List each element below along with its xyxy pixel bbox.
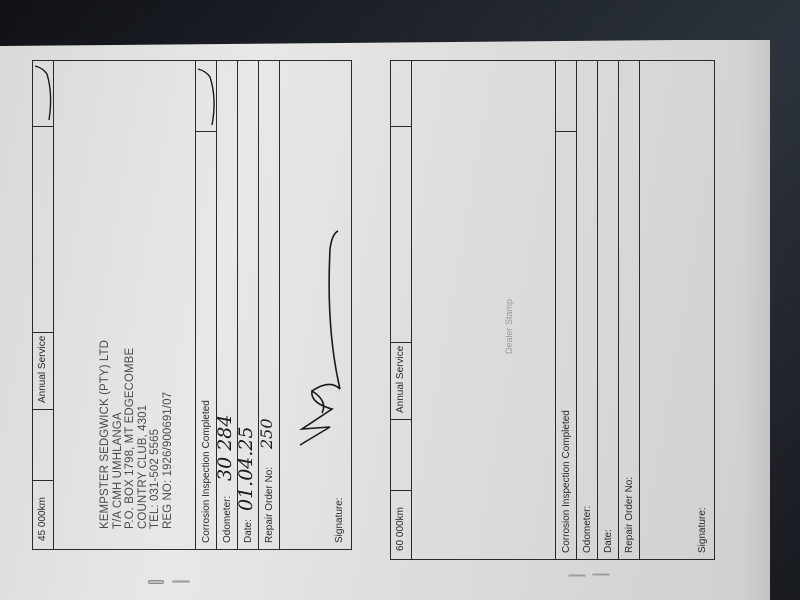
stamp-line: COUNTRY CLUB, 4301 xyxy=(137,340,150,529)
staple xyxy=(592,573,610,576)
repair-order-row[interactable]: Repair Order No: 250 xyxy=(258,61,279,549)
signature-scribble xyxy=(280,229,345,449)
signature-row[interactable]: Signature: xyxy=(279,61,351,549)
corrosion-inspection-row[interactable]: Corrosion Inspection Completed xyxy=(555,61,576,559)
header-blank-cell xyxy=(33,409,53,480)
dealer-stamp-area: Dealer Stamp xyxy=(412,61,555,559)
interval-label: 60 000km xyxy=(391,490,411,559)
stamp-line: TEL: 031-502 5565 xyxy=(149,340,162,529)
date-label: Date: xyxy=(603,529,614,553)
odometer-label: Odometer: xyxy=(222,496,233,543)
odometer-row[interactable]: Odometer: xyxy=(576,61,597,559)
staple-hole xyxy=(148,580,164,584)
signature-label: Signature: xyxy=(334,497,345,543)
signature-label: Signature: xyxy=(697,507,708,553)
corrosion-tick-cell[interactable] xyxy=(196,61,216,132)
service-record-60000km: 60 000km Annual Service Dealer Stamp Cor… xyxy=(390,60,715,560)
header-blank-cell xyxy=(391,419,411,490)
dealer-stamp-placeholder: Dealer Stamp xyxy=(504,299,514,354)
header-fill xyxy=(391,127,411,342)
checkmark-icon xyxy=(33,64,53,124)
interval-label: 45 000km xyxy=(33,480,53,549)
corrosion-inspection-label: Corrosion Inspection Completed xyxy=(561,410,572,553)
service-record-45000km: 45 000km Annual Service KEMPSTER SEDGWIC… xyxy=(32,60,352,550)
header-tick-cell[interactable] xyxy=(391,61,411,127)
dealer-stamp: KEMPSTER SEDGWICK (PTY) LTD T/A CMH UMHL… xyxy=(99,340,174,529)
dealer-stamp-area: KEMPSTER SEDGWICK (PTY) LTD T/A CMH UMHL… xyxy=(54,61,195,549)
staple xyxy=(568,574,586,577)
corrosion-inspection-row[interactable]: Corrosion Inspection Completed xyxy=(195,61,216,549)
stamp-line: P.O. BOX 1798, MT EDGECOMBE xyxy=(124,340,137,529)
stamp-line: REG NO: 1926/900691/07 xyxy=(162,340,175,529)
form-fields: Corrosion Inspection Completed Odometer:… xyxy=(195,61,351,549)
repair-order-row[interactable]: Repair Order No: xyxy=(618,61,639,559)
service-type-label: Annual Service xyxy=(391,342,411,419)
odometer-row[interactable]: Odometer: 30 284 xyxy=(216,61,237,549)
header-tick-cell[interactable] xyxy=(33,61,53,127)
form-fields: Corrosion Inspection Completed Odometer:… xyxy=(555,61,714,559)
checkmark-icon xyxy=(196,64,216,129)
date-value: 01.04.25 xyxy=(235,426,257,511)
service-book-page: 45 000km Annual Service KEMPSTER SEDGWIC… xyxy=(0,40,770,600)
form-header: 60 000km Annual Service xyxy=(391,61,412,559)
corrosion-tick-cell[interactable] xyxy=(556,61,576,132)
date-label: Date: xyxy=(243,519,254,543)
service-type-label: Annual Service xyxy=(33,332,53,409)
repair-order-label: Repair Order No: xyxy=(624,477,635,553)
form-header: 45 000km Annual Service xyxy=(33,61,54,549)
corrosion-inspection-label: Corrosion Inspection Completed xyxy=(201,400,212,543)
repair-order-label: Repair Order No: xyxy=(264,467,275,543)
date-row[interactable]: Date: 01.04.25 xyxy=(237,61,258,549)
odometer-value: 30 284 xyxy=(214,415,236,481)
stamp-line: T/A CMH UMHLANGA xyxy=(112,340,125,529)
stamp-line: KEMPSTER SEDGWICK (PTY) LTD xyxy=(99,340,112,529)
header-fill xyxy=(33,127,53,332)
repair-order-value: 250 xyxy=(257,418,276,449)
signature-row[interactable]: Signature: xyxy=(639,61,714,559)
staple xyxy=(172,580,190,583)
odometer-label: Odometer: xyxy=(582,506,593,553)
date-row[interactable]: Date: xyxy=(597,61,618,559)
